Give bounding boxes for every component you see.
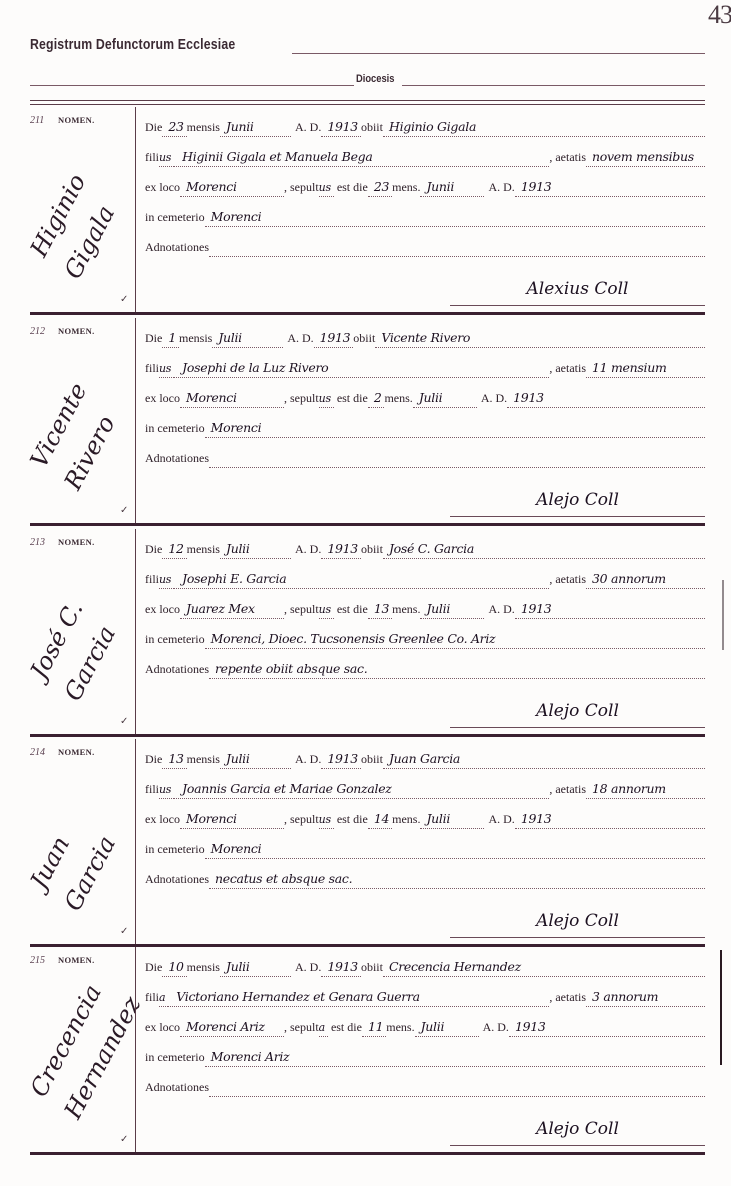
mensis-label: mensis: [187, 752, 220, 769]
deceased-name-field: Juan Garcia: [383, 751, 705, 769]
est-die-label: est die: [334, 602, 368, 619]
ad-label: A. D.: [484, 812, 514, 829]
parents-field: Joannis Garcia et Mariae Gonzalez: [174, 781, 549, 799]
sepult-suffix-field: us: [319, 392, 334, 408]
age-field: novem mensibus: [586, 149, 705, 167]
entry-number: 212: [30, 326, 45, 337]
sepult-suffix-field: a: [319, 1021, 328, 1037]
ex-loco-label: ex loco: [145, 1020, 180, 1037]
notes-field: repente obiit absque sac.: [209, 661, 705, 679]
death-row: Die 1 mensis Julii A. D. 1913 obiit Vice…: [145, 324, 705, 348]
cemetery-row: in cemeterio Morenci Ariz: [145, 1043, 705, 1067]
margin-ink-mark: [720, 950, 722, 1065]
burial-row: ex loco Morenci , sepultus est die 2 men…: [145, 384, 705, 408]
burial-row: ex loco Morenci , sepultus est die 14 me…: [145, 805, 705, 829]
column-divider: [135, 318, 136, 523]
parents-field: Josephi de la Luz Rivero: [174, 360, 549, 378]
fili-label: fili: [145, 990, 159, 1007]
ad-label: A. D.: [291, 752, 321, 769]
death-year-field: 1913: [314, 330, 354, 348]
est-die-label: est die: [328, 1020, 362, 1037]
fili-label: fili: [145, 572, 159, 589]
margin-name: Crecencia Hernandez: [38, 987, 138, 1137]
place-field: Morenci Ariz: [180, 1019, 284, 1037]
priest-signature: Alexius Coll: [450, 279, 705, 306]
ad-label: A. D.: [291, 542, 321, 559]
aetatis-label: , aetatis: [549, 990, 586, 1007]
sepult-label: , sepult: [284, 1020, 319, 1037]
notes-field: necatus et absque sac.: [209, 871, 705, 889]
cemetery-row: in cemeterio Morenci, Dioec. Tucsonensis…: [145, 625, 705, 649]
parents-row: filia Victoriano Hernandez et Genara Gue…: [145, 983, 705, 1007]
cemetery-field: Morenci: [205, 209, 705, 227]
diocese-label: Diocesis: [356, 73, 394, 85]
cemetery-field: Morenci: [205, 841, 705, 859]
place-field: Morenci: [180, 179, 284, 197]
sepult-label: , sepult: [284, 180, 319, 197]
diocese-line-left: [30, 85, 354, 86]
sepult-suffix-field: us: [319, 813, 334, 829]
ad-label: A. D.: [283, 331, 313, 348]
margin-name: José C. Garcia: [38, 569, 138, 719]
death-day-field: 12: [162, 541, 186, 559]
fili-label: fili: [145, 782, 159, 799]
burial-month-field: Junii: [420, 179, 484, 197]
notes-field: [209, 465, 705, 468]
cemetery-row: in cemeterio Morenci: [145, 835, 705, 859]
obiit-label: obiit: [361, 752, 383, 769]
margin-name: Vicente Rivero: [38, 358, 138, 508]
ex-loco-label: ex loco: [145, 812, 180, 829]
mensis-label: mensis: [187, 542, 220, 559]
burial-year-field: 1913: [515, 601, 705, 619]
margin-ink-mark: [722, 580, 724, 650]
mens-label: mens.: [384, 391, 412, 408]
death-day-field: 23: [162, 119, 186, 137]
adnotationes-label: Adnotationes: [145, 451, 209, 468]
age-field: 11 mensium: [586, 360, 705, 378]
notes-row: Adnotationes: [145, 1073, 705, 1097]
notes-field: [209, 254, 705, 257]
death-month-field: Junii: [220, 119, 291, 137]
est-die-label: est die: [334, 180, 368, 197]
column-divider: [135, 947, 136, 1152]
check-mark: ✓: [120, 716, 128, 727]
fili-label: fili: [145, 150, 159, 167]
page-number: 43: [708, 0, 731, 30]
est-die-label: est die: [334, 812, 368, 829]
burial-day-field: 23: [368, 179, 392, 197]
deceased-name-field: Higinio Gigala: [383, 119, 705, 137]
mensis-label: mensis: [187, 960, 220, 977]
priest-signature: Alejo Coll: [450, 490, 705, 517]
ad-label: A. D.: [291, 120, 321, 137]
death-month-field: Julii: [220, 541, 291, 559]
death-year-field: 1913: [321, 119, 361, 137]
age-field: 3 annorum: [586, 989, 705, 1007]
check-mark: ✓: [120, 1134, 128, 1145]
nomen-label: NOMEN.: [58, 115, 95, 125]
obiit-label: obiit: [353, 331, 375, 348]
die-label: Die: [145, 331, 162, 348]
obiit-label: obiit: [361, 120, 383, 137]
ad-label: A. D.: [291, 960, 321, 977]
cemetery-row: in cemeterio Morenci: [145, 414, 705, 438]
column-divider: [135, 739, 136, 944]
parents-field: Josephi E. Garcia: [174, 571, 549, 589]
ad-label: A. D.: [477, 391, 507, 408]
ad-label: A. D.: [484, 602, 514, 619]
burial-year-field: 1913: [515, 811, 705, 829]
adnotationes-label: Adnotationes: [145, 240, 209, 257]
margin-name: Juan Garcia: [38, 779, 138, 929]
burial-row: ex loco Morenci , sepultus est die 23 me…: [145, 173, 705, 197]
entry-separator-rule: [30, 523, 705, 526]
parents-row: filius Higinii Gigala et Manuela Bega , …: [145, 143, 705, 167]
header-double-rule: [30, 100, 705, 105]
place-field: Juarez Mex: [180, 601, 284, 619]
death-row: Die 23 mensis Junii A. D. 1913 obiit Hig…: [145, 113, 705, 137]
obiit-label: obiit: [361, 960, 383, 977]
entry-number: 213: [30, 537, 45, 548]
death-entry: 215 NOMEN. Crecencia Hernandez ✓ Die 10 …: [30, 947, 705, 1155]
aetatis-label: , aetatis: [549, 782, 586, 799]
register-title: Registrum Defunctorum Ecclesiae: [30, 36, 235, 53]
death-month-field: Julii: [212, 330, 283, 348]
entry-number: 214: [30, 747, 45, 758]
death-month-field: Julii: [220, 959, 291, 977]
notes-field: [209, 1094, 705, 1097]
ad-label: A. D.: [479, 1020, 509, 1037]
deceased-name-field: Vicente Rivero: [375, 330, 705, 348]
adnotationes-label: Adnotationes: [145, 872, 209, 889]
death-entry: 212 NOMEN. Vicente Rivero ✓ Die 1 mensis…: [30, 318, 705, 526]
nomen-label: NOMEN.: [58, 955, 95, 965]
nomen-label: NOMEN.: [58, 537, 95, 547]
death-entry: 211 NOMEN. Higinio Gigala ✓ Die 23 mensi…: [30, 107, 705, 315]
sepult-label: , sepult: [284, 812, 319, 829]
aetatis-label: , aetatis: [549, 150, 586, 167]
death-row: Die 12 mensis Julii A. D. 1913 obiit Jos…: [145, 535, 705, 559]
notes-row: Adnotationes: [145, 444, 705, 468]
burial-month-field: Julii: [420, 601, 484, 619]
death-row: Die 13 mensis Julii A. D. 1913 obiit Jua…: [145, 745, 705, 769]
obiit-label: obiit: [361, 542, 383, 559]
notes-row: Adnotationes repente obiit absque sac.: [145, 655, 705, 679]
death-day-field: 10: [162, 959, 186, 977]
ex-loco-label: ex loco: [145, 180, 180, 197]
fili-suffix-field: us: [159, 783, 174, 799]
est-die-label: est die: [334, 391, 368, 408]
fili-suffix-field: us: [159, 151, 174, 167]
adnotationes-label: Adnotationes: [145, 1080, 209, 1097]
cemetery-field: Morenci: [205, 420, 705, 438]
death-year-field: 1913: [321, 541, 361, 559]
death-entry: 214 NOMEN. Juan Garcia ✓ Die 13 mensis J…: [30, 739, 705, 947]
place-field: Morenci: [180, 390, 284, 408]
cemetery-field: Morenci Ariz: [205, 1049, 705, 1067]
ad-label: A. D.: [484, 180, 514, 197]
cemetery-field: Morenci, Dioec. Tucsonensis Greenlee Co.…: [205, 631, 705, 649]
burial-day-field: 14: [368, 811, 392, 829]
ex-loco-label: ex loco: [145, 391, 180, 408]
fili-label: fili: [145, 361, 159, 378]
parents-row: filius Josephi de la Luz Rivero , aetati…: [145, 354, 705, 378]
burial-day-field: 2: [368, 390, 385, 408]
sepult-label: , sepult: [284, 602, 319, 619]
age-field: 30 annorum: [586, 571, 705, 589]
parents-row: filius Josephi E. Garcia , aetatis 30 an…: [145, 565, 705, 589]
burial-row: ex loco Juarez Mex , sepultus est die 13…: [145, 595, 705, 619]
burial-day-field: 11: [362, 1019, 386, 1037]
parents-row: filius Joannis Garcia et Mariae Gonzalez…: [145, 775, 705, 799]
death-day-field: 1: [162, 330, 179, 348]
sepult-suffix-field: us: [319, 181, 334, 197]
cemetery-label: in cemeterio: [145, 1050, 205, 1067]
die-label: Die: [145, 542, 162, 559]
check-mark: ✓: [120, 926, 128, 937]
mens-label: mens.: [392, 812, 420, 829]
entry-separator-rule: [30, 1152, 705, 1155]
burial-month-field: Julii: [420, 811, 484, 829]
die-label: Die: [145, 960, 162, 977]
column-divider: [135, 107, 136, 312]
entry-number: 215: [30, 955, 45, 966]
aetatis-label: , aetatis: [549, 572, 586, 589]
death-year-field: 1913: [321, 751, 361, 769]
aetatis-label: , aetatis: [549, 361, 586, 378]
place-field: Morenci: [180, 811, 284, 829]
fili-suffix-field: us: [159, 362, 174, 378]
mens-label: mens.: [392, 180, 420, 197]
age-field: 18 annorum: [586, 781, 705, 799]
parents-field: Higinii Gigala et Manuela Bega: [174, 149, 549, 167]
cemetery-label: in cemeterio: [145, 210, 205, 227]
nomen-label: NOMEN.: [58, 747, 95, 757]
sepult-label: , sepult: [284, 391, 319, 408]
die-label: Die: [145, 120, 162, 137]
mensis-label: mensis: [179, 331, 212, 348]
notes-row: Adnotationes: [145, 233, 705, 257]
burial-row: ex loco Morenci Ariz , sepulta est die 1…: [145, 1013, 705, 1037]
cemetery-row: in cemeterio Morenci: [145, 203, 705, 227]
deceased-name-field: José C. Garcia: [383, 541, 705, 559]
burial-day-field: 13: [368, 601, 392, 619]
margin-name: Higinio Gigala: [38, 147, 138, 297]
entry-separator-rule: [30, 312, 705, 315]
mensis-label: mensis: [187, 120, 220, 137]
church-name-line: [292, 53, 705, 54]
mens-label: mens.: [386, 1020, 414, 1037]
notes-row: Adnotationes necatus et absque sac.: [145, 865, 705, 889]
cemetery-label: in cemeterio: [145, 421, 205, 438]
death-entry: 213 NOMEN. José C. Garcia ✓ Die 12 mensi…: [30, 529, 705, 737]
mens-label: mens.: [392, 602, 420, 619]
fili-suffix-field: a: [159, 991, 168, 1007]
burial-month-field: Julii: [415, 1019, 479, 1037]
column-divider: [135, 529, 136, 734]
cemetery-label: in cemeterio: [145, 632, 205, 649]
ex-loco-label: ex loco: [145, 602, 180, 619]
death-year-field: 1913: [321, 959, 361, 977]
check-mark: ✓: [120, 294, 128, 305]
burial-year-field: 1913: [509, 1019, 705, 1037]
burial-year-field: 1913: [515, 179, 705, 197]
burial-year-field: 1913: [507, 390, 705, 408]
check-mark: ✓: [120, 505, 128, 516]
parents-field: Victoriano Hernandez et Genara Guerra: [168, 989, 549, 1007]
burial-month-field: Julii: [413, 390, 477, 408]
priest-signature: Alejo Coll: [450, 701, 705, 728]
priest-signature: Alejo Coll: [450, 911, 705, 938]
death-day-field: 13: [162, 751, 186, 769]
diocese-line-right: [402, 85, 705, 86]
fili-suffix-field: us: [159, 573, 174, 589]
entry-number: 211: [30, 115, 44, 126]
death-row: Die 10 mensis Julii A. D. 1913 obiit Cre…: [145, 953, 705, 977]
entry-separator-rule: [30, 734, 705, 737]
nomen-label: NOMEN.: [58, 326, 95, 336]
cemetery-label: in cemeterio: [145, 842, 205, 859]
death-month-field: Julii: [220, 751, 291, 769]
priest-signature: Alejo Coll: [450, 1119, 705, 1146]
die-label: Die: [145, 752, 162, 769]
adnotationes-label: Adnotationes: [145, 662, 209, 679]
sepult-suffix-field: us: [319, 603, 334, 619]
deceased-name-field: Crecencia Hernandez: [383, 959, 705, 977]
